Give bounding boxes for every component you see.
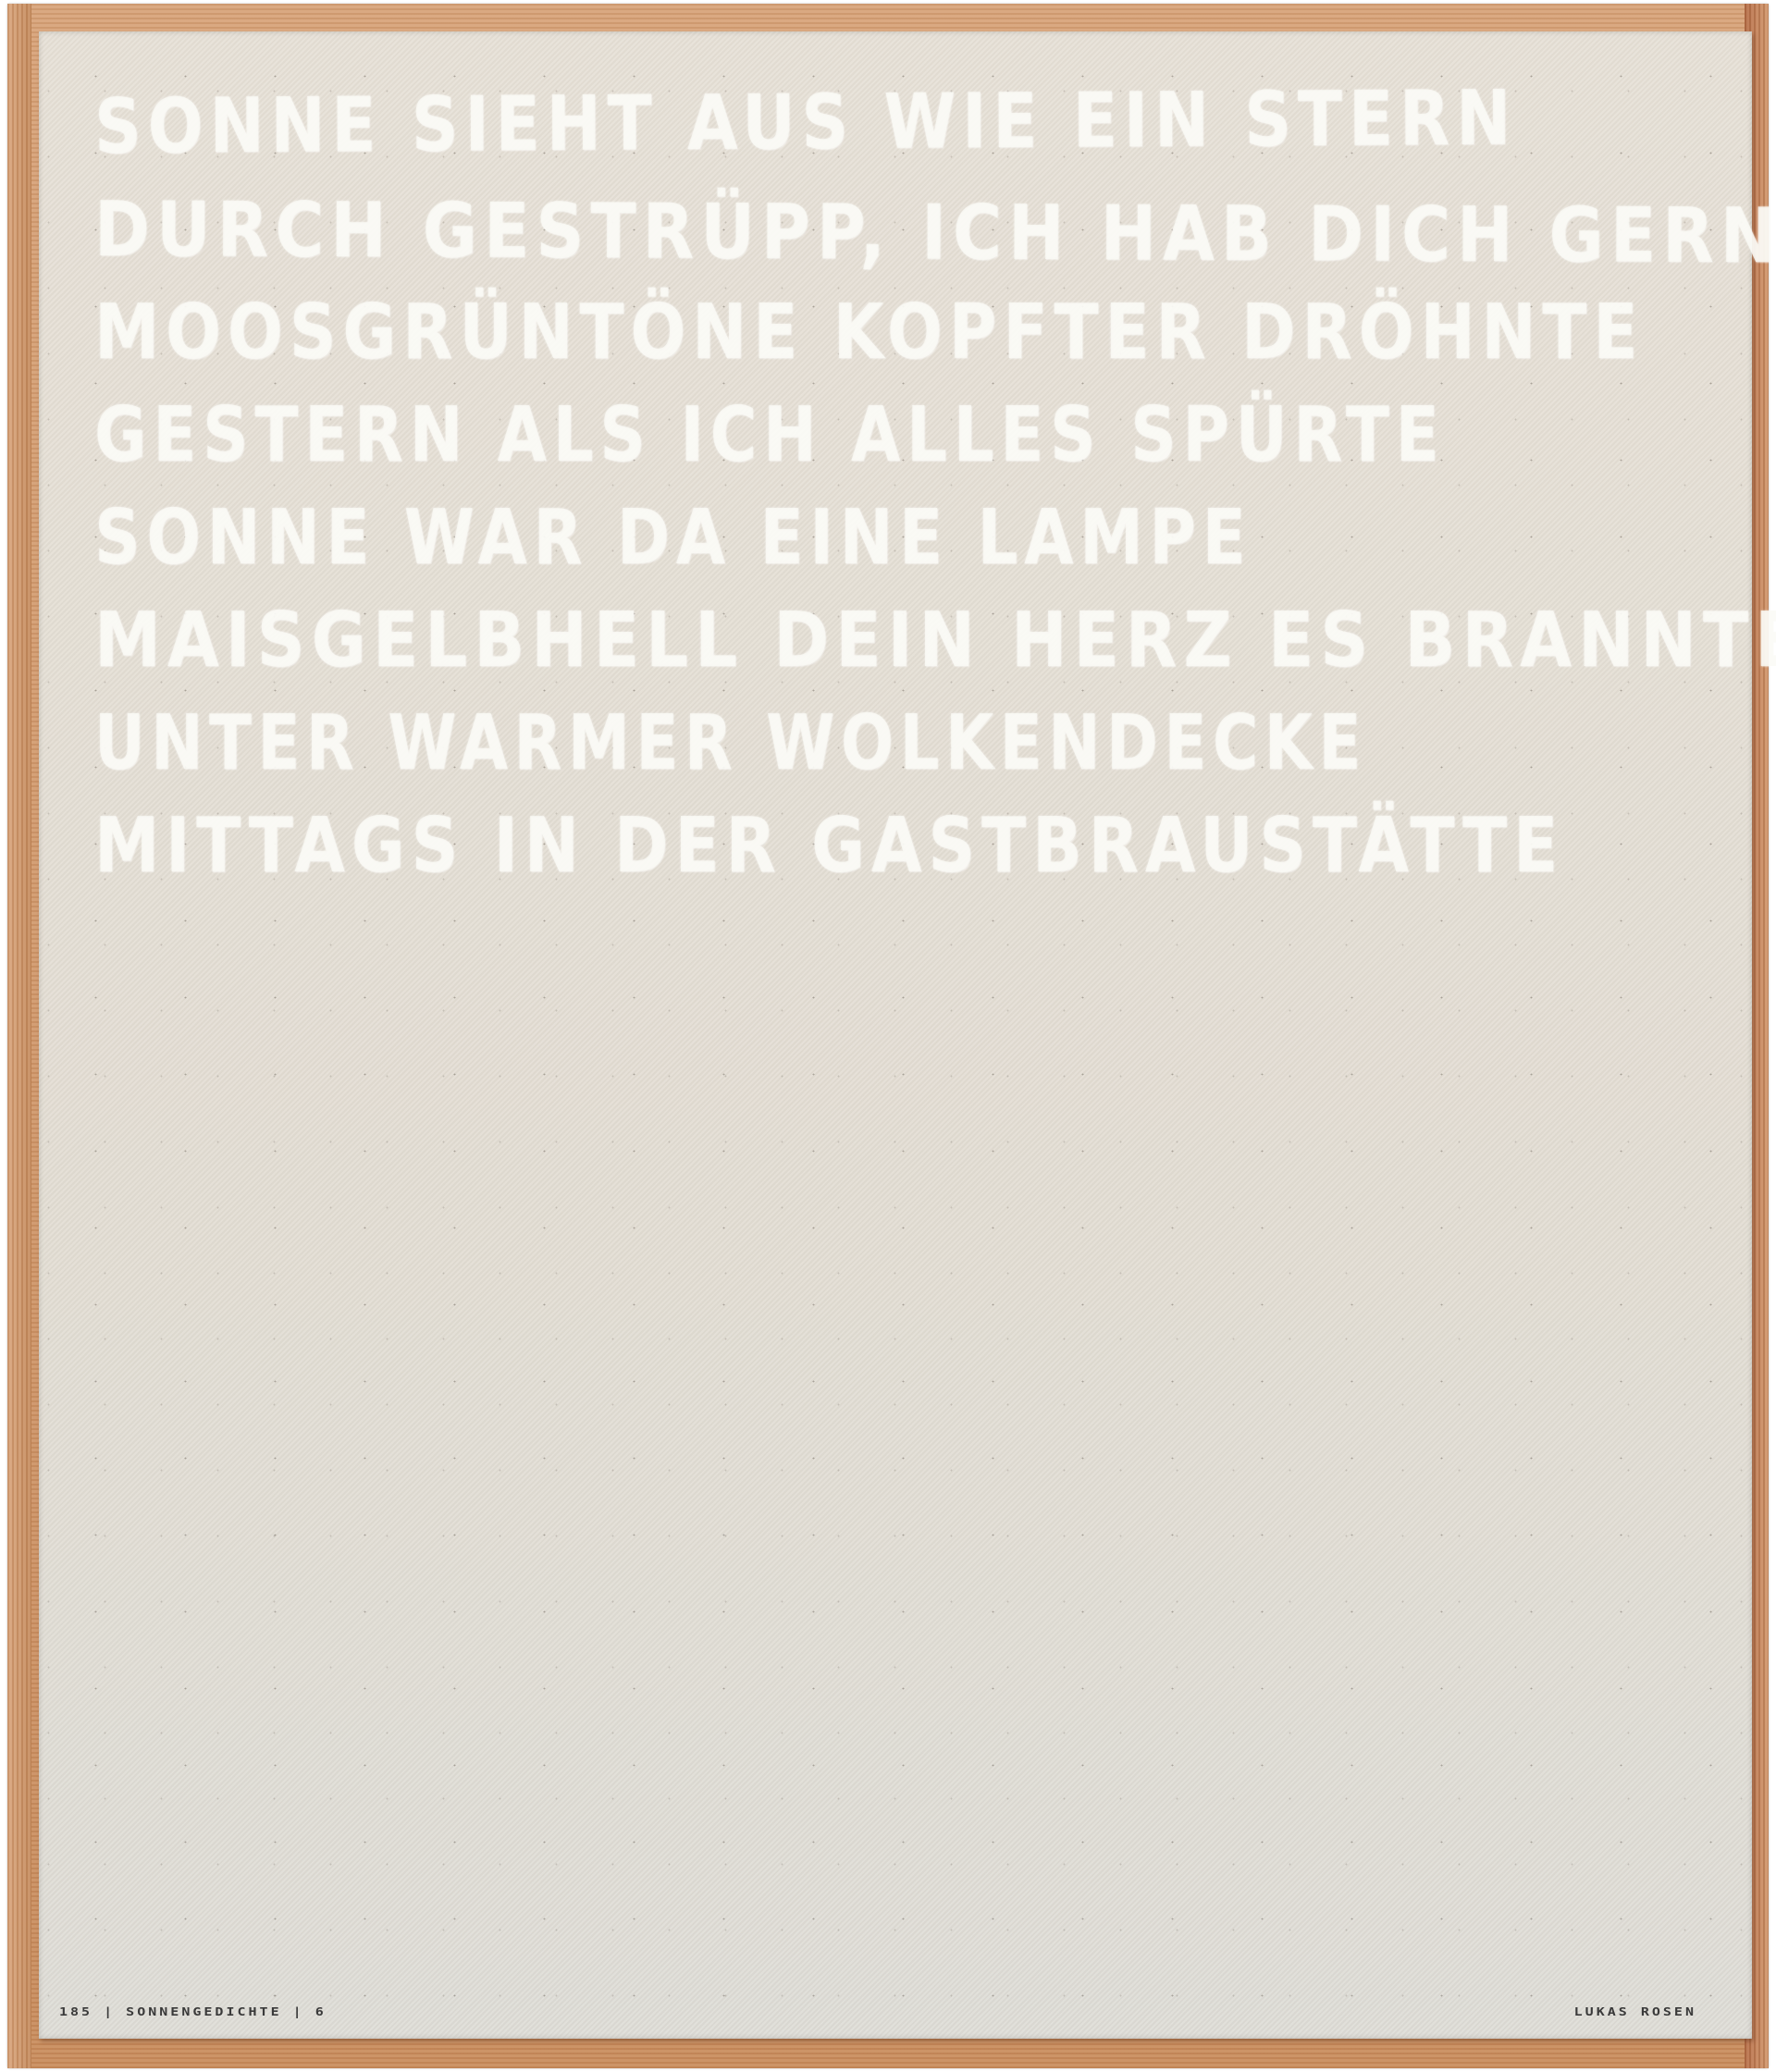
series-caption: 185 | SONNENGEDICHTE | 6 — [59, 2005, 327, 2018]
frame-left-edge — [7, 4, 31, 2068]
wooden-frame: SONNE SIEHT AUS WIE EIN STERN DURCH GEST… — [7, 4, 1769, 2068]
poem-line: SONNE WAR DA EINE LAMPE — [94, 487, 1461, 589]
poem-line: GESTERN ALS ICH ALLES SPÜRTE — [94, 384, 1461, 487]
handwritten-poem: SONNE SIEHT AUS WIE EIN STERN DURCH GEST… — [94, 76, 1722, 897]
poem-line: UNTER WARMER WOLKENDECKE — [94, 692, 1429, 795]
canvas: SONNE SIEHT AUS WIE EIN STERN DURCH GEST… — [39, 31, 1752, 2039]
poem-line: MOOSGRÜNTÖNE KOPFTER DRÖHNTE — [94, 281, 1495, 384]
artist-signature: LUKAS ROSEN — [1574, 2005, 1696, 2018]
poem-line: MAISGELBHELL DEIN HERZ ES BRANNTE — [94, 589, 1527, 692]
poem-line: DURCH GESTRÜPP, ICH HAB DICH GERN — [94, 179, 1527, 287]
poem-line: MITTAGS IN DER GASTBRAUSTÄTTE — [94, 795, 1495, 897]
poem-line: SONNE SIEHT AUS WIE EIN STERN — [94, 68, 1495, 179]
